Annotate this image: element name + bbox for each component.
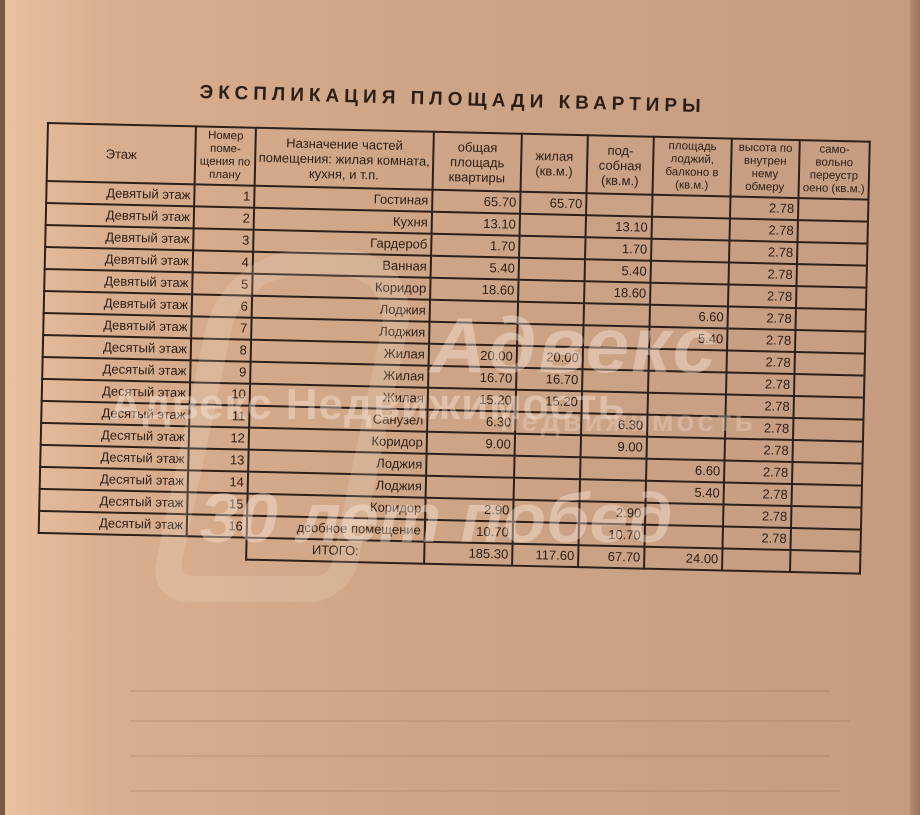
cell-living-area: [519, 258, 585, 281]
cell-height: 2.78: [726, 350, 794, 374]
header-living-area: жилая (кв.м.): [521, 134, 588, 193]
cell-height: 2.78: [729, 219, 797, 243]
cell-total-area: 18.60: [430, 278, 518, 302]
cell-living-area: 20.00: [517, 346, 583, 369]
table-body: Девятый этаж1Гостиная65.7065.702.78Девят…: [39, 181, 869, 552]
cell-total-area: [426, 476, 514, 500]
header-auxiliary-area: под-собная (кв.м.): [587, 135, 654, 194]
cell-total-area: [430, 300, 518, 324]
cell-loggia-area: [645, 525, 723, 549]
header-loggia-area: площадь лоджий, балконо в (кв.м.): [653, 137, 732, 197]
cell-loggia-area: [645, 503, 723, 527]
totals-total-area: 185.30: [424, 542, 512, 566]
header-unauthorized: само-вольно переустр оено (кв.м.): [798, 140, 869, 200]
cell-auxiliary-area: [580, 479, 646, 502]
cell-auxiliary-area: [582, 391, 648, 414]
cell-auxiliary-area: 2.90: [579, 501, 645, 524]
totals-height: [722, 548, 790, 572]
cell-unauthorized: [795, 308, 865, 332]
cell-unauthorized: [793, 396, 863, 420]
cell-living-area: [515, 434, 581, 457]
cell-unauthorized: [793, 418, 863, 442]
cell-unauthorized: [792, 462, 862, 486]
cell-auxiliary-area: 10.70: [579, 523, 645, 546]
cell-total-area: 65.70: [432, 190, 520, 214]
cell-unauthorized: [796, 264, 866, 288]
cell-height: 2.78: [724, 460, 792, 484]
cell-room-number: 3: [193, 228, 253, 251]
cell-auxiliary-area: 13.10: [586, 215, 652, 238]
faded-text-line: [130, 720, 850, 722]
cell-total-area: 15.20: [428, 388, 516, 412]
cell-height: 2.78: [725, 394, 793, 418]
cell-auxiliary-area: [583, 347, 649, 370]
cell-total-area: 9.00: [427, 432, 515, 456]
cell-unauthorized: [795, 330, 865, 354]
faded-text-line: [130, 690, 830, 692]
totals-auxiliary-area: 67.70: [578, 545, 644, 568]
cell-loggia-area: [648, 393, 726, 417]
cell-loggia-area: [648, 371, 726, 395]
cell-height: 2.78: [725, 416, 793, 440]
cell-unauthorized: [796, 286, 866, 310]
cell-height: 2.78: [728, 263, 796, 287]
cell-living-area: [519, 236, 585, 259]
cell-auxiliary-area: 9.00: [581, 435, 647, 458]
cell-loggia-area: 5.40: [649, 327, 727, 351]
explication-table-container: Этаж Номер поме-щения по плану Назначени…: [37, 122, 871, 575]
totals-loggia-area: 24.00: [644, 547, 722, 571]
binding-edge: [0, 0, 5, 815]
cell-total-area: 6.30: [427, 410, 515, 434]
header-total-area: общая площадь квартиры: [433, 132, 522, 192]
cell-height: 2.78: [727, 306, 795, 330]
cell-loggia-area: [652, 217, 730, 241]
cell-room-number: 1: [194, 184, 254, 207]
cell-auxiliary-area: [580, 457, 646, 480]
cell-auxiliary-area: 6.30: [581, 413, 647, 436]
cell-unauthorized: [790, 528, 860, 552]
cell-total-area: 13.10: [432, 212, 520, 236]
faded-text-line: [130, 790, 840, 792]
cell-living-area: 16.70: [516, 368, 582, 391]
cell-height: 2.78: [722, 526, 790, 550]
cell-total-area: 16.70: [428, 366, 516, 390]
header-height: высота по внутрен нему обмеру: [730, 139, 799, 199]
cell-living-area: [514, 456, 580, 479]
cell-loggia-area: 6.60: [646, 459, 724, 483]
cell-auxiliary-area: [586, 193, 652, 216]
totals-living-area: 117.60: [512, 544, 578, 567]
cell-living-area: [520, 214, 586, 237]
cell-living-area: [513, 522, 579, 545]
cell-total-area: 1.70: [431, 234, 519, 258]
cell-unauthorized: [791, 484, 861, 508]
cell-living-area: [518, 302, 584, 325]
cell-total-area: [429, 322, 517, 346]
cell-loggia-area: [651, 239, 729, 263]
cell-height: 2.78: [723, 504, 791, 528]
header-floor: Этаж: [47, 123, 196, 184]
cell-room-number: 2: [194, 206, 254, 229]
cell-total-area: [426, 454, 514, 478]
cell-living-area: [514, 478, 580, 501]
cell-loggia-area: [649, 349, 727, 373]
cell-unauthorized: [797, 220, 867, 244]
cell-height: 2.78: [726, 372, 794, 396]
cell-total-area: 2.90: [425, 498, 513, 522]
cell-unauthorized: [794, 352, 864, 376]
totals-unauthorized: [790, 550, 860, 574]
cell-total-area: 20.00: [429, 344, 517, 368]
cell-loggia-area: [651, 261, 729, 285]
cell-living-area: [513, 500, 579, 523]
cell-unauthorized: [791, 506, 861, 530]
cell-living-area: [515, 412, 581, 435]
header-purpose: Назначение частей помещения: жилая комна…: [255, 128, 434, 190]
cell-height: 2.78: [730, 197, 798, 221]
cell-living-area: [518, 280, 584, 303]
cell-living-area: [517, 324, 583, 347]
page-edge: [910, 0, 920, 815]
cell-loggia-area: [650, 283, 728, 307]
cell-loggia-area: [647, 415, 725, 439]
faded-text-line: [130, 755, 830, 757]
cell-total-area: 5.40: [431, 256, 519, 280]
cell-height: 2.78: [728, 285, 796, 309]
cell-auxiliary-area: [582, 369, 648, 392]
cell-height: 2.78: [729, 241, 797, 265]
cell-auxiliary-area: 18.60: [584, 281, 650, 304]
cell-height: 2.78: [727, 328, 795, 352]
cell-height: 2.78: [724, 438, 792, 462]
cell-unauthorized: [792, 440, 862, 464]
cell-loggia-area: [647, 437, 725, 461]
cell-living-area: 15.20: [516, 390, 582, 413]
cell-total-area: 10.70: [425, 520, 513, 544]
cell-unauthorized: [797, 242, 867, 266]
cell-height: 2.78: [723, 482, 791, 506]
cell-auxiliary-area: 5.40: [585, 259, 651, 282]
document-title: ЭКСПЛИКАЦИЯ ПЛОЩАДИ КВАРТИРЫ: [199, 82, 759, 120]
cell-loggia-area: [652, 195, 730, 219]
cell-unauthorized: [798, 198, 868, 222]
cell-loggia-area: 6.60: [650, 305, 728, 329]
cell-loggia-area: 5.40: [646, 481, 724, 505]
cell-unauthorized: [794, 374, 864, 398]
cell-auxiliary-area: 1.70: [585, 237, 651, 260]
cell-auxiliary-area: [584, 303, 650, 326]
cell-living-area: 65.70: [520, 192, 586, 215]
explication-table: Этаж Номер поме-щения по плану Назначени…: [37, 122, 871, 575]
header-room-number: Номер поме-щения по плану: [195, 126, 256, 185]
cell-auxiliary-area: [583, 325, 649, 348]
